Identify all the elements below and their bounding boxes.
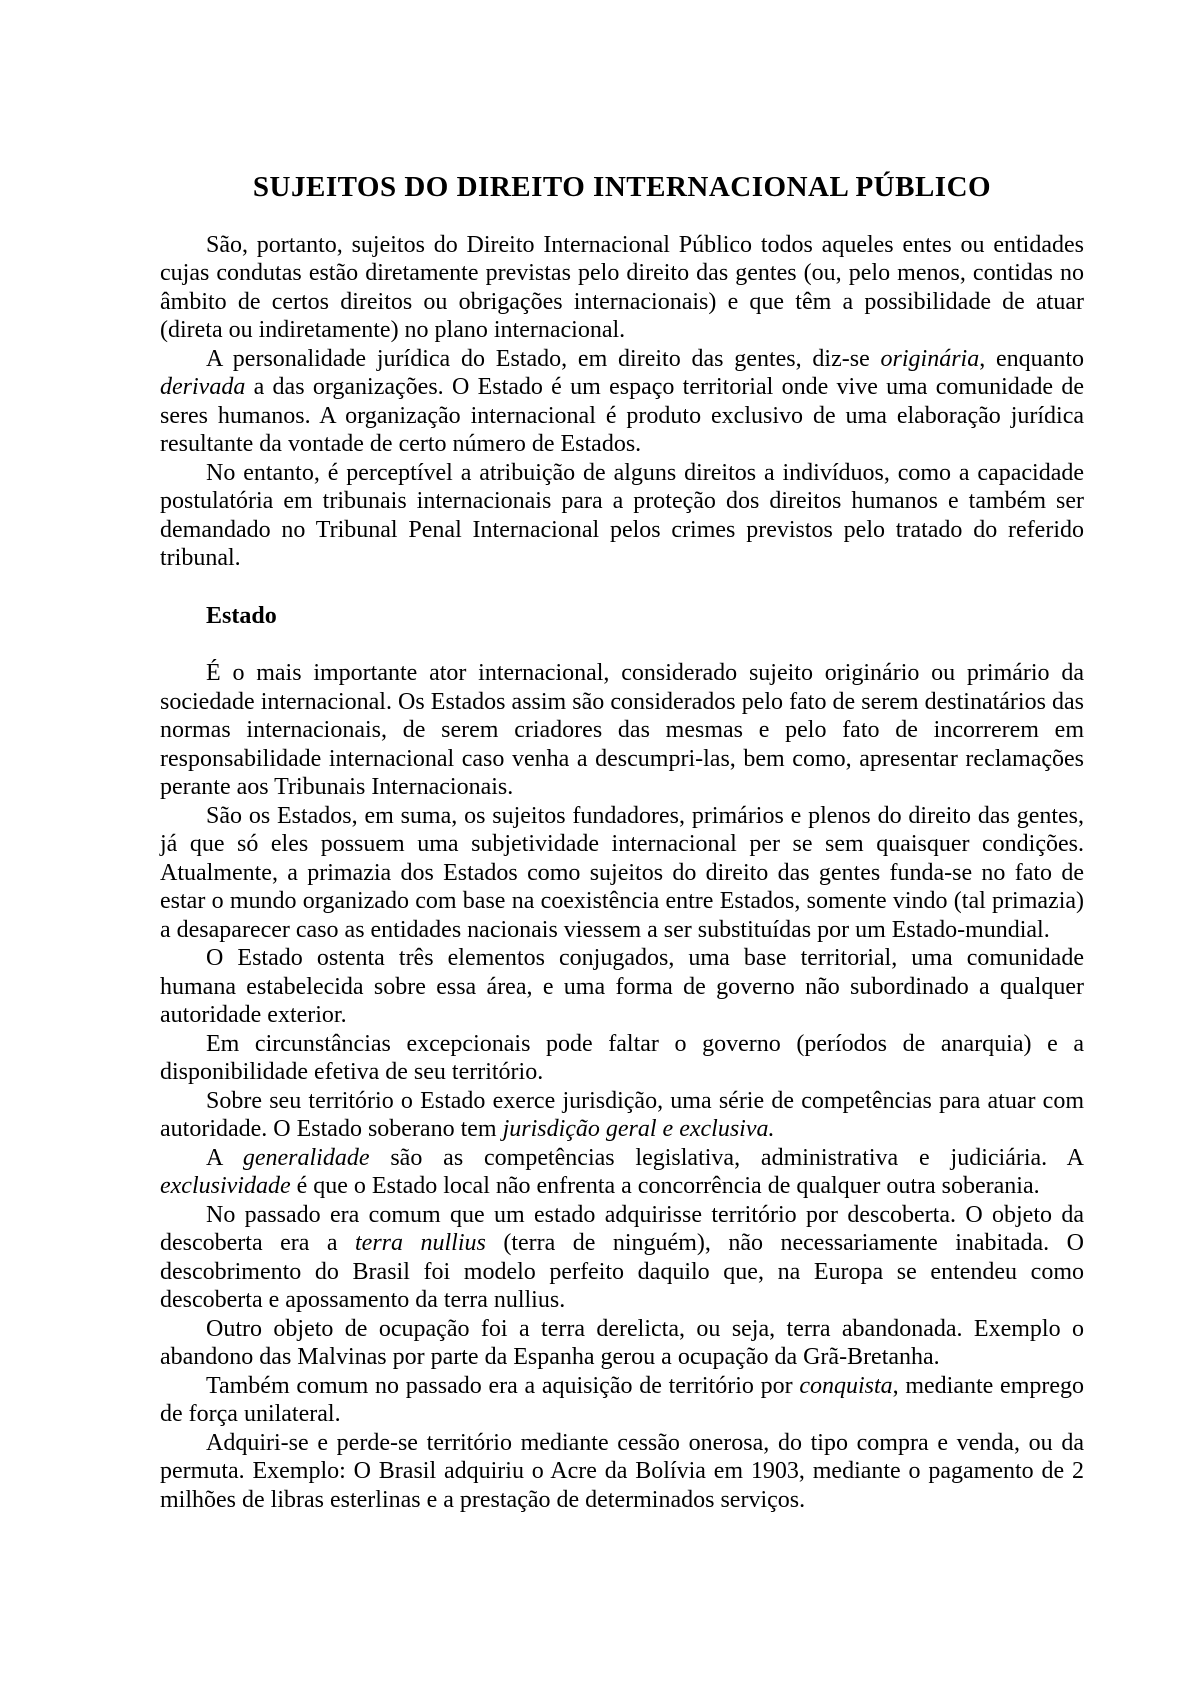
section-heading: Estado (160, 602, 1084, 631)
text-run: No entanto, é perceptível a atribuição d… (160, 460, 1084, 572)
text-run: Outro objeto de ocupação foi a terra der… (160, 1316, 1084, 1371)
paragraph: O Estado ostenta três elementos conjugad… (160, 944, 1084, 1030)
text-run: São, portanto, sujeitos do Direito Inter… (160, 232, 1084, 344)
text-run: Adquiri-se e perde-se território mediant… (160, 1430, 1084, 1513)
italic-text-run: exclusividade (160, 1173, 291, 1199)
paragraph: Em circunstâncias excepcionais pode falt… (160, 1030, 1084, 1087)
paragraph: A personalidade jurídica do Estado, em d… (160, 345, 1084, 459)
text-run: , enquanto (979, 346, 1084, 372)
text-run: Estado (206, 603, 277, 629)
document-title: SUJEITOS DO DIREITO INTERNACIONAL PÚBLIC… (160, 172, 1084, 204)
italic-text-run: generalidade (243, 1145, 370, 1171)
text-run: A (206, 1145, 243, 1171)
text-run: É o mais importante ator internacional, … (160, 660, 1084, 800)
text-run: são as competências legislativa, adminis… (370, 1145, 1085, 1171)
paragraph: É o mais importante ator internacional, … (160, 659, 1084, 802)
text-run: a das organizações. O Estado é um espaço… (160, 374, 1084, 457)
document-body: São, portanto, sujeitos do Direito Inter… (160, 231, 1084, 1515)
paragraph: Adquiri-se e perde-se território mediant… (160, 1429, 1084, 1515)
paragraph: A generalidade são as competências legis… (160, 1144, 1084, 1201)
paragraph: Também comum no passado era a aquisição … (160, 1372, 1084, 1429)
paragraph: Outro objeto de ocupação foi a terra der… (160, 1315, 1084, 1372)
paragraph: No entanto, é perceptível a atribuição d… (160, 459, 1084, 573)
italic-text-run: conquista (799, 1373, 892, 1399)
text-run: A personalidade jurídica do Estado, em d… (206, 346, 881, 372)
italic-text-run: jurisdição geral e exclusiva. (503, 1116, 775, 1142)
paragraph: São, portanto, sujeitos do Direito Inter… (160, 231, 1084, 345)
text-run: O Estado ostenta três elementos conjugad… (160, 945, 1084, 1028)
paragraph: Sobre seu território o Estado exerce jur… (160, 1087, 1084, 1144)
paragraph: No passado era comum que um estado adqui… (160, 1201, 1084, 1315)
italic-text-run: originária (881, 346, 980, 372)
italic-text-run: derivada (160, 374, 245, 400)
text-run: é que o Estado local não enfrenta a conc… (291, 1173, 1040, 1199)
italic-text-run: terra nullius (355, 1230, 486, 1256)
document-page: SUJEITOS DO DIREITO INTERNACIONAL PÚBLIC… (0, 0, 1200, 1698)
text-run: Também comum no passado era a aquisição … (206, 1373, 799, 1399)
paragraph: São os Estados, em suma, os sujeitos fun… (160, 802, 1084, 945)
text-run: Em circunstâncias excepcionais pode falt… (160, 1031, 1084, 1086)
text-run: São os Estados, em suma, os sujeitos fun… (160, 803, 1084, 943)
